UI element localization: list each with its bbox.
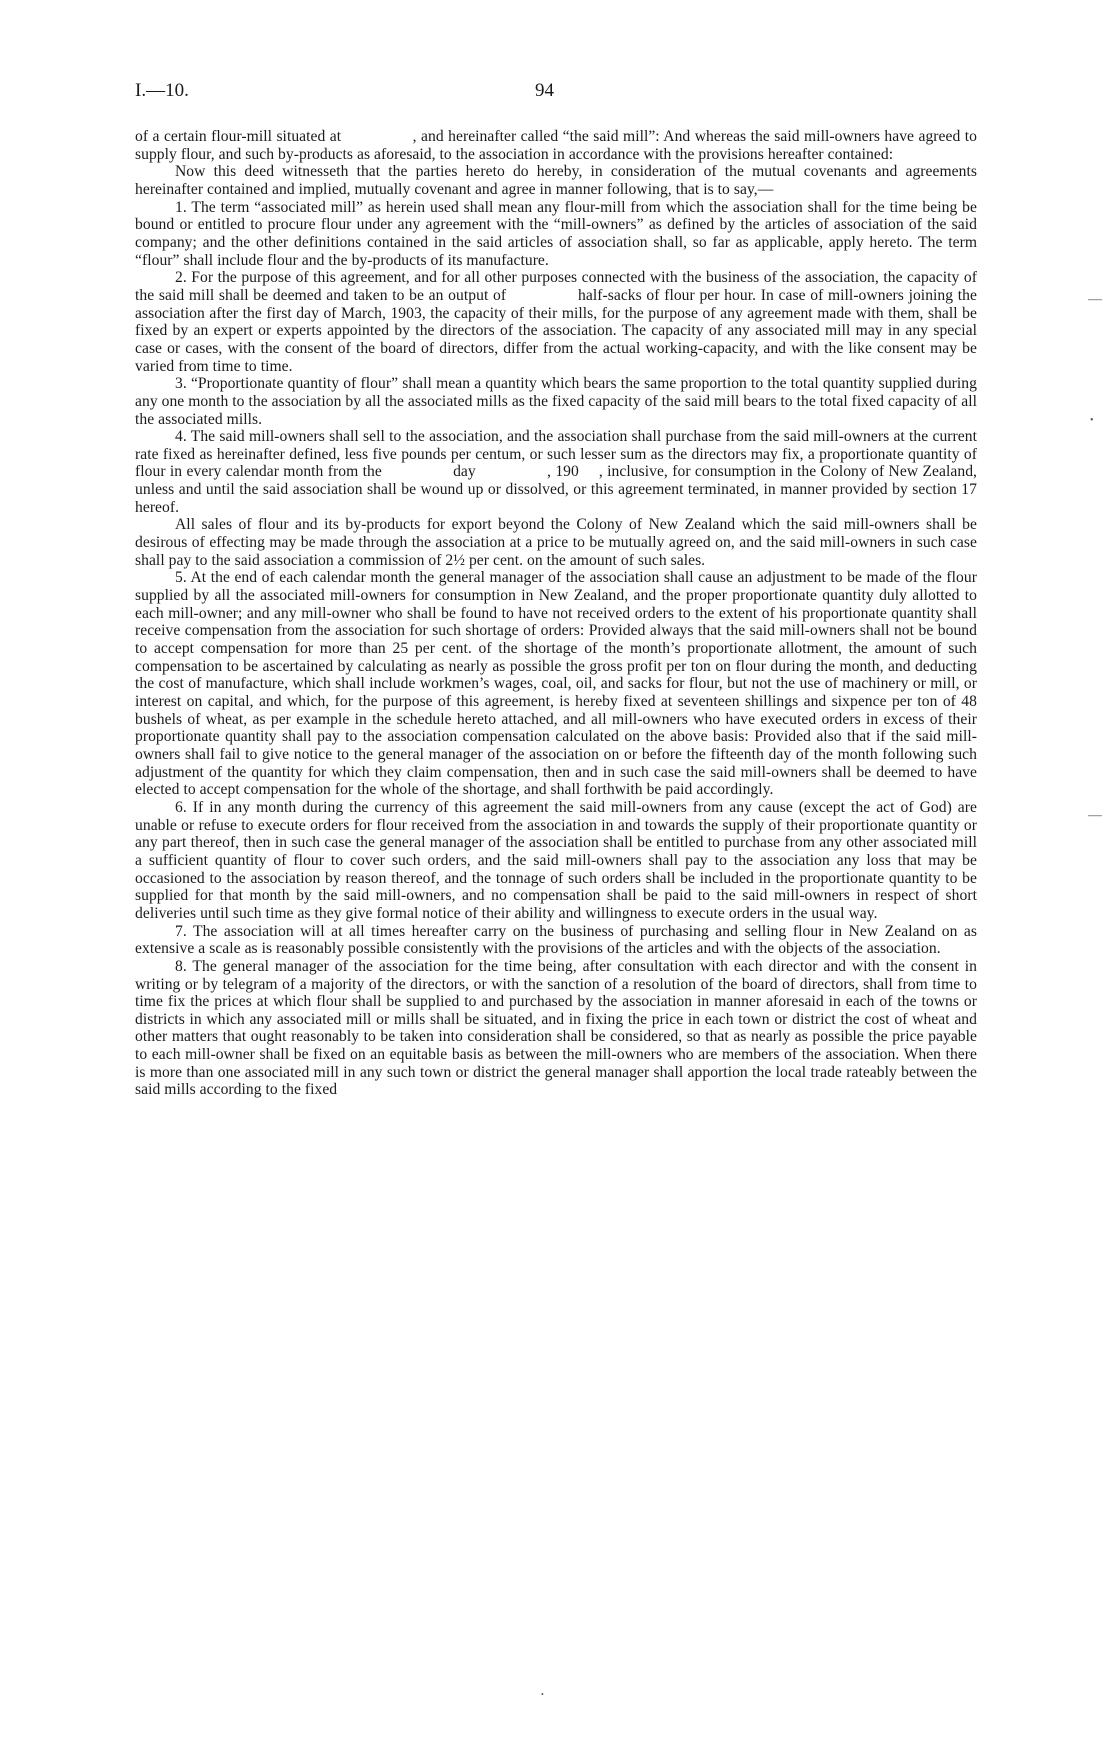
paragraph-recital: of a certain flour-mill situated at , an… xyxy=(135,128,977,163)
paragraph-clause-6: 6. If in any month during the currency o… xyxy=(135,799,977,923)
scan-speck: • xyxy=(541,1690,544,1699)
paragraph-clause-5: 5. At the end of each calendar month the… xyxy=(135,569,977,799)
paragraph-clause-3: 3. “Proportionate quantity of flour” sha… xyxy=(135,375,977,428)
paragraph-clause-7: 7. The association will at all times her… xyxy=(135,923,977,958)
paragraph-clause-1: 1. The term “associated mill” as herein … xyxy=(135,199,977,270)
margin-mark: — xyxy=(1088,808,1102,824)
margin-mark: — xyxy=(1088,292,1102,308)
margin-dot: • xyxy=(1090,415,1094,426)
paragraph-witnesseth: Now this deed witnesseth that the partie… xyxy=(135,163,977,198)
paragraph-export-sales: All sales of flour and its by-products f… xyxy=(135,516,977,569)
paragraph-clause-8: 8. The general manager of the associatio… xyxy=(135,958,977,1099)
document-reference: I.—10. xyxy=(135,80,189,102)
paragraph-clause-4: 4. The said mill-owners shall sell to th… xyxy=(135,428,977,516)
page-header: I.—10. 94 xyxy=(135,80,977,104)
document-body: of a certain flour-mill situated at , an… xyxy=(135,128,977,1099)
paragraph-clause-2: 2. For the purpose of this agreement, an… xyxy=(135,269,977,375)
page-number: 94 xyxy=(535,80,554,102)
